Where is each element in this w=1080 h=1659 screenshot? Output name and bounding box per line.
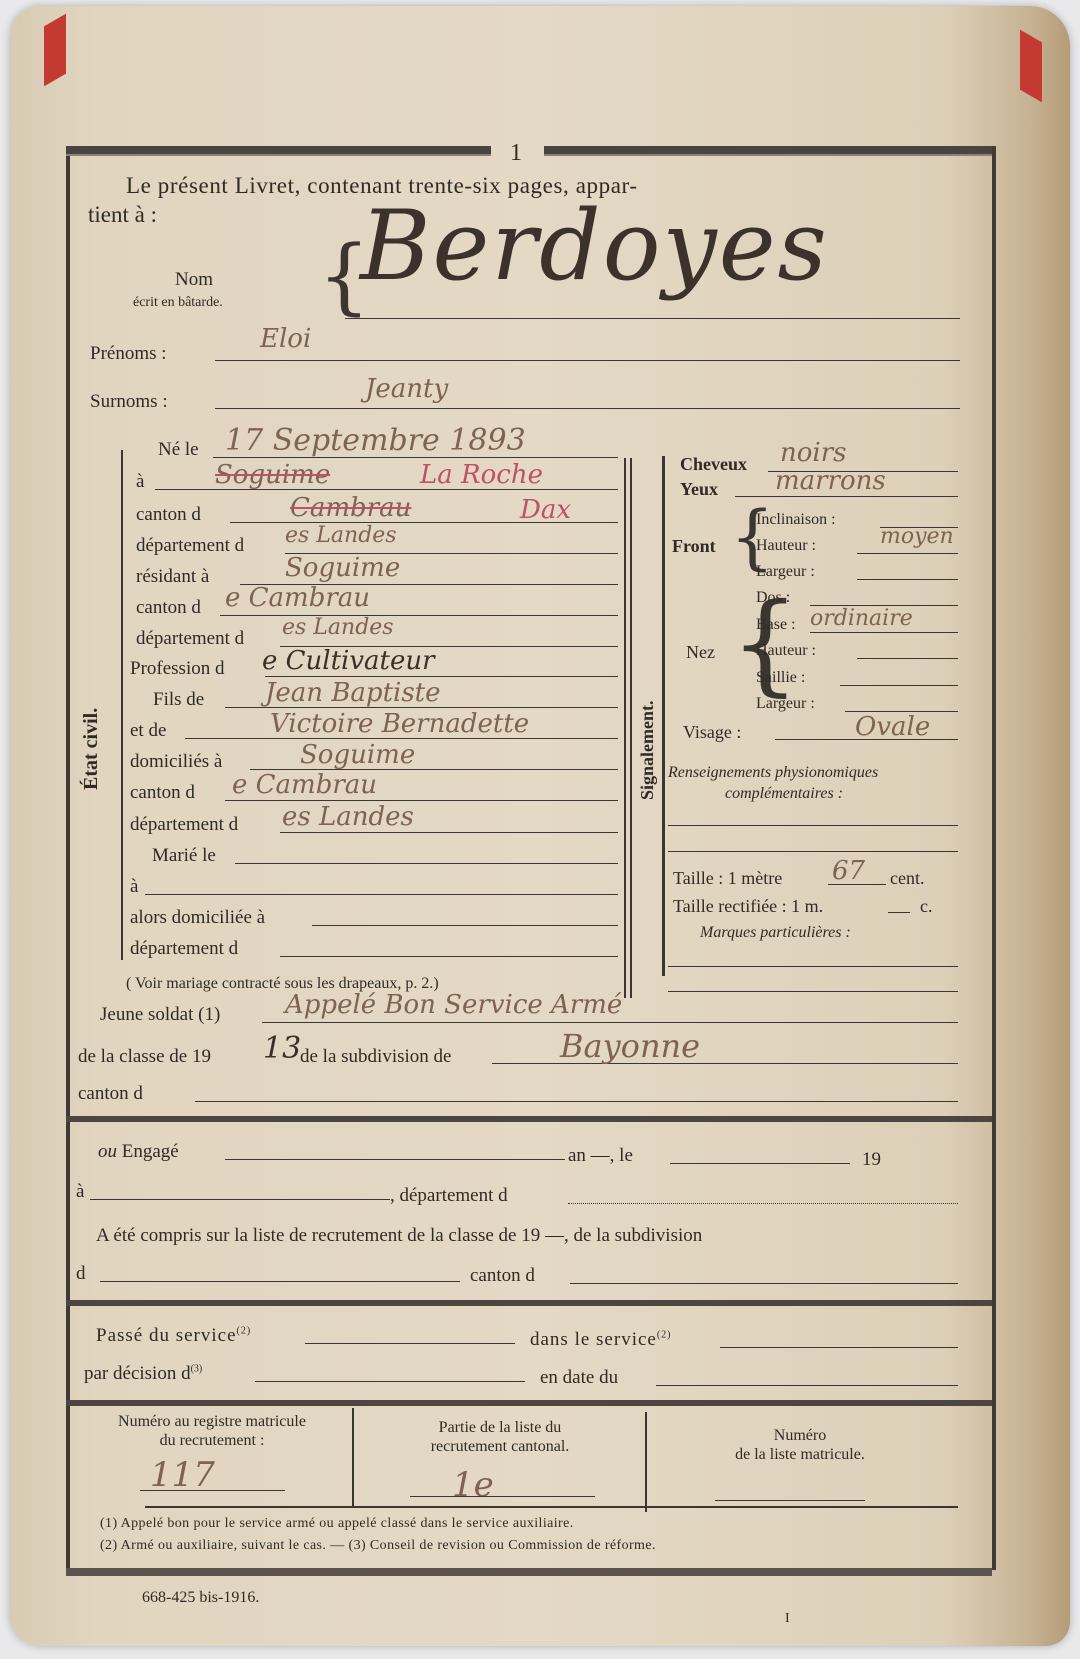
compris-d-line — [100, 1281, 460, 1282]
canton3-value[interactable]: e Cambrau — [232, 772, 377, 798]
footnote-marker: (3) — [191, 1364, 203, 1375]
renseignements-label-1: Renseignements physionomiques — [668, 765, 878, 781]
marie-a-line — [145, 894, 618, 895]
registre-bottom-line — [145, 1506, 958, 1508]
page-number: 1 — [510, 140, 522, 167]
marie-a-label: à — [130, 877, 138, 896]
top-rule — [66, 146, 992, 156]
compris-canton-label: canton d — [470, 1266, 535, 1285]
profession-label: Profession d — [130, 659, 224, 678]
registre-col2-header-1: Partie de la liste du — [360, 1420, 640, 1436]
renseignements-label-2: complémentaires : — [725, 786, 843, 802]
registre-col2-line — [410, 1496, 595, 1497]
engage-a-label: à — [76, 1182, 84, 1201]
prenoms-line — [215, 360, 960, 361]
nez-hauteur-line — [857, 658, 958, 659]
nom-line — [345, 318, 960, 319]
nez-largeur-label: Largeur : — [756, 696, 815, 712]
signalement-label: Signalement. — [637, 700, 658, 800]
fils-de-value[interactable]: Jean Baptiste — [265, 680, 441, 706]
dans-text: dans le service — [530, 1329, 657, 1350]
an-label: an —, le — [568, 1146, 633, 1165]
year-suffix: 19 — [862, 1150, 881, 1169]
departement4-line — [280, 956, 618, 957]
registre-divider-1 — [352, 1408, 354, 1508]
rule-registre — [66, 1400, 992, 1406]
canton-label: canton d — [136, 505, 201, 524]
dans-label: dans le service(2) — [530, 1330, 672, 1349]
base-value[interactable]: ordinaire — [810, 608, 913, 630]
registre-col3-header-2: de la liste matricule. — [650, 1447, 950, 1463]
ne-le-label: Né le — [158, 440, 199, 459]
yeux-value[interactable]: marrons — [775, 468, 886, 494]
nom-value[interactable]: Berdoyes — [360, 198, 829, 294]
nez-hauteur-label: Hauteur : — [756, 643, 816, 659]
en-date-label: en date du — [540, 1368, 618, 1387]
recr-canton-label: canton d — [78, 1084, 143, 1103]
canton3-label: canton d — [130, 783, 195, 802]
renseignements-line-2 — [668, 851, 958, 852]
signalement-divider — [662, 456, 665, 976]
compris-line: A été compris sur la liste de recrutemen… — [96, 1226, 702, 1245]
recr-canton-line — [195, 1101, 958, 1102]
residant-label: résidant à — [136, 567, 209, 586]
departement3-label: département d — [130, 815, 238, 834]
canton-value-struck[interactable]: Cambrau — [290, 495, 411, 521]
red-corner-right — [1020, 30, 1042, 103]
departement2-value[interactable]: es Landes — [282, 617, 394, 639]
et-de-label: et de — [130, 721, 166, 740]
alors-domiciliee-label: alors domiciliée à — [130, 908, 265, 927]
nom-sublabel: écrit en bâtarde. — [133, 296, 223, 310]
bottom-rule — [66, 1568, 992, 1576]
a-label: à — [136, 472, 144, 491]
section-divider-2 — [630, 458, 632, 998]
le-line — [670, 1163, 850, 1164]
canton2-line — [220, 615, 618, 616]
marie-le-label: Marié le — [152, 846, 216, 865]
decision-label: par décision d(3) — [84, 1364, 202, 1383]
profession-line — [265, 676, 618, 677]
front-hauteur-value[interactable]: moyen — [880, 526, 954, 548]
inclinaison-label: Inclinaison : — [756, 512, 836, 528]
a-value-corrected[interactable]: La Roche — [420, 462, 543, 488]
nez-label: Nez — [686, 643, 715, 661]
a-value-struck[interactable]: Soguime — [215, 462, 330, 488]
prenoms-label: Prénoms : — [90, 344, 167, 363]
section-divider-1 — [624, 458, 626, 998]
footnote-line-2: (2) Armé ou auxiliaire, suivant le cas. … — [100, 1539, 656, 1553]
taille-rectifiee-line — [888, 912, 910, 913]
canton3-line — [225, 800, 618, 801]
saillie-line — [840, 685, 958, 686]
engage-line — [225, 1159, 565, 1160]
subdivision-value[interactable]: Bayonne — [560, 1030, 700, 1062]
marie-le-line — [235, 863, 618, 864]
registre-col1-header-1: Numéro au registre matricule — [76, 1414, 348, 1430]
yeux-label: Yeux — [680, 480, 718, 498]
fils-de-label: Fils de — [153, 690, 204, 709]
jeune-soldat-label: Jeune soldat (1) — [100, 1005, 220, 1024]
compris-canton-line — [570, 1283, 958, 1284]
front-hauteur-label: Hauteur : — [756, 538, 816, 554]
surnoms-value[interactable]: Jeanty — [365, 376, 448, 402]
registre-col3-header-1: Numéro — [650, 1428, 950, 1444]
taille-rectifiee-label: Taille rectifiée : 1 m. — [673, 897, 823, 915]
cheveux-label: Cheveux — [680, 455, 747, 473]
domicilies-label: domiciliés à — [130, 752, 222, 771]
taille-unit: cent. — [890, 869, 924, 887]
print-ref: 668-425 bis-1916. — [142, 1590, 259, 1606]
engage-departement-line — [568, 1203, 958, 1204]
registre-col1-value[interactable]: 117 — [150, 1458, 215, 1492]
base-label: Base : — [756, 617, 796, 633]
classe-label: de la classe de 19 — [78, 1047, 211, 1066]
jeune-soldat-value[interactable]: Appelé Bon Service Armé — [285, 992, 622, 1018]
rule-passe — [66, 1300, 992, 1306]
marques-line-1 — [668, 966, 958, 967]
taille-value[interactable]: 67 — [832, 858, 865, 884]
departement-label: département d — [136, 536, 244, 555]
saillie-label: Saillie : — [756, 670, 805, 686]
front-hauteur-line — [857, 553, 958, 554]
rule-engage — [66, 1116, 992, 1122]
classe-value[interactable]: 13 — [263, 1034, 301, 1064]
engage-prefix: ou — [98, 1141, 117, 1162]
decision-text: par décision d — [84, 1363, 191, 1384]
base-line — [810, 632, 958, 633]
renseignements-line-1 — [668, 825, 958, 826]
visage-label: Visage : — [683, 723, 741, 741]
decision-line — [255, 1381, 525, 1382]
ne-le-value[interactable]: 17 Septembre 1893 — [225, 426, 526, 456]
sheet-mark: I — [785, 1612, 790, 1626]
departement3-line — [280, 832, 618, 833]
registre-divider-2 — [645, 1412, 647, 1512]
registre-col2-header-2: recrutement cantonal. — [360, 1439, 640, 1455]
passe-label: Passé du service(2) — [96, 1326, 251, 1345]
dans-line — [720, 1347, 958, 1348]
departement-value[interactable]: es Landes — [285, 525, 397, 547]
visage-value[interactable]: Ovale — [855, 714, 930, 740]
departement4-label: département d — [130, 939, 238, 958]
front-label: Front — [672, 537, 716, 555]
canton2-label: canton d — [136, 598, 201, 617]
engage-departement-label: , département d — [390, 1186, 508, 1205]
engage-label: ou Engagé — [98, 1142, 179, 1161]
compris-d-label: d — [76, 1264, 86, 1283]
subdivision-label: de la subdivision de — [300, 1047, 451, 1066]
marques-line-2 — [668, 991, 958, 992]
profession-value[interactable]: e Cultivateur — [262, 648, 435, 674]
marques-label: Marques particulières : — [700, 925, 851, 941]
registre-col1-line — [140, 1490, 285, 1491]
dos-label: Dos : — [756, 590, 790, 606]
alors-domiciliee-line — [312, 925, 618, 926]
red-corner-left — [44, 14, 66, 87]
etat-civil-label: État civil. — [80, 708, 103, 790]
passe-line — [305, 1343, 515, 1344]
domicilies-value[interactable]: Soguime — [300, 742, 415, 768]
intro-line-2: tient à : — [88, 203, 157, 226]
registre-col1-header-2: du recrutement : — [76, 1433, 348, 1449]
et-de-value[interactable]: Victoire Bernadette — [270, 711, 529, 737]
cheveux-value[interactable]: noirs — [780, 440, 847, 466]
surnoms-line — [215, 408, 960, 409]
departement2-label: département d — [136, 629, 244, 648]
prenoms-value[interactable]: Eloi — [260, 326, 311, 352]
footnote-marker: (2) — [237, 1326, 252, 1337]
residant-value[interactable]: Soguime — [285, 555, 400, 581]
canton2-value[interactable]: e Cambrau — [225, 585, 370, 611]
registre-col3-line — [715, 1500, 865, 1501]
front-largeur-line — [857, 579, 958, 580]
front-largeur-label: Largeur : — [756, 564, 815, 580]
en-date-line — [656, 1385, 958, 1386]
departement3-value[interactable]: es Landes — [282, 804, 414, 830]
engage-word: Engagé — [122, 1141, 179, 1162]
footnote-marker: (2) — [657, 1330, 672, 1341]
footnote-line-1: (1) Appelé bon pour le service armé ou a… — [100, 1517, 574, 1531]
etat-civil-divider — [121, 450, 123, 960]
surnoms-label: Surnoms : — [90, 392, 168, 411]
nom-label: Nom — [175, 270, 213, 289]
taille-label: Taille : 1 mètre — [673, 869, 782, 887]
engage-a-line — [90, 1199, 390, 1200]
jeune-soldat-line — [262, 1022, 958, 1023]
passe-text: Passé du service — [96, 1325, 237, 1346]
taille-rectifiee-unit: c. — [920, 897, 933, 915]
canton-value-corrected[interactable]: Dax — [520, 497, 571, 523]
